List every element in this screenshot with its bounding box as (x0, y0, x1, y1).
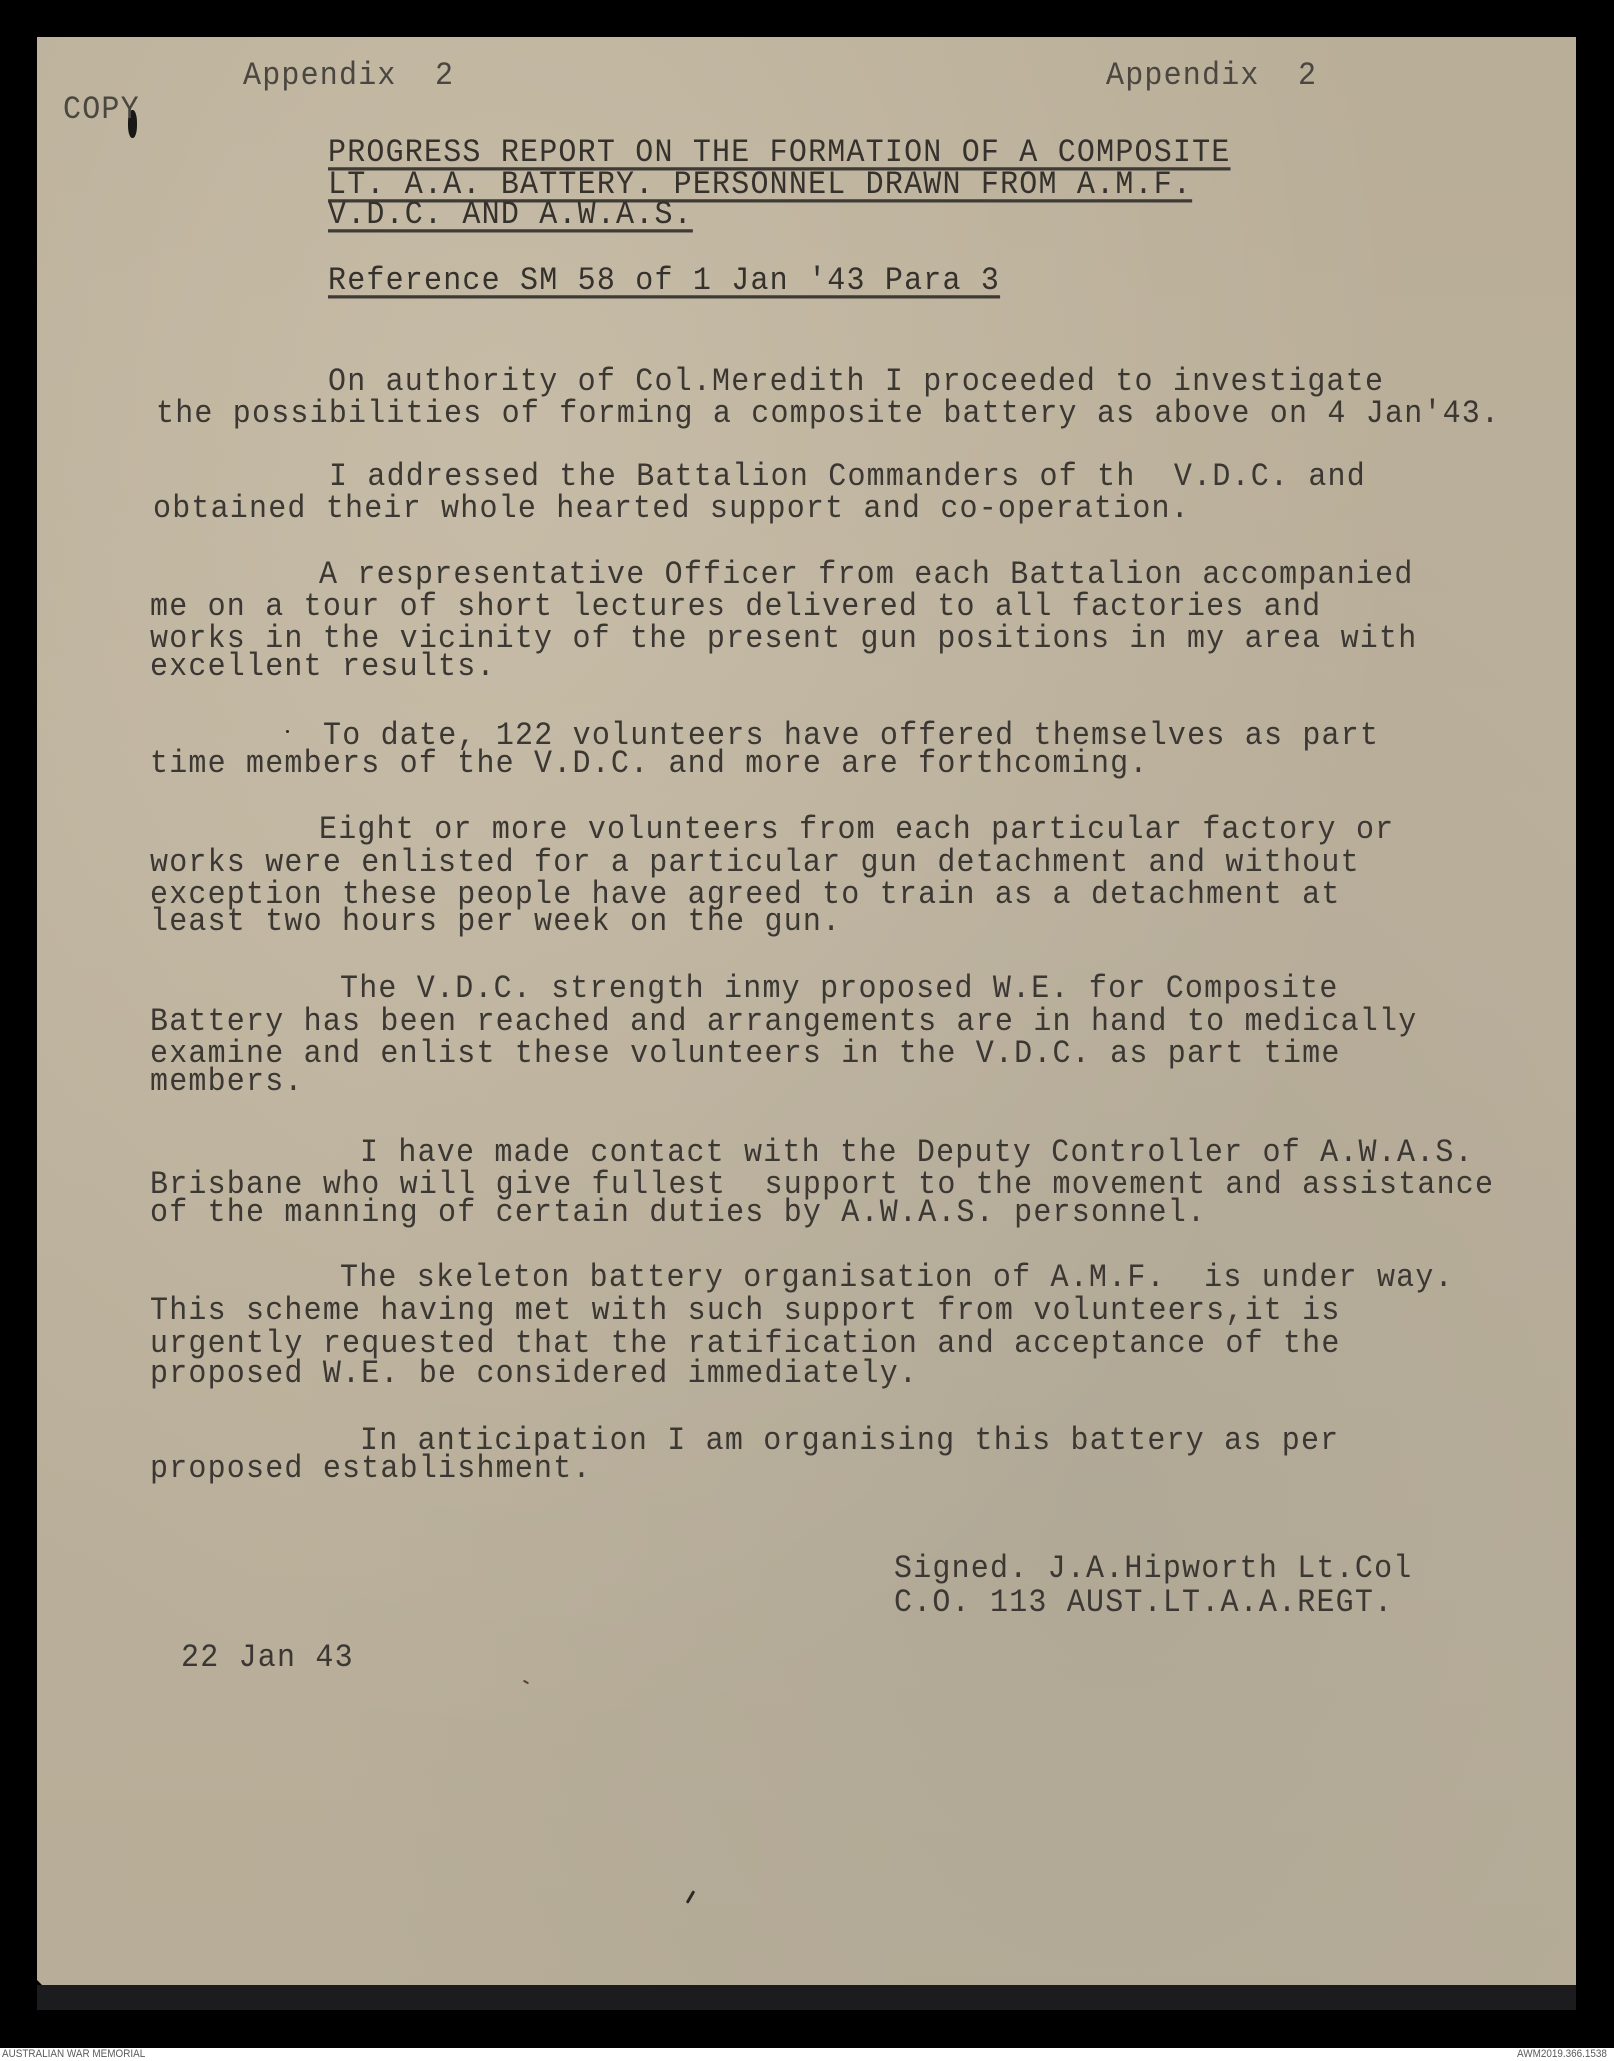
footer-accession-number: AWM2019.366.1538 (1517, 2048, 1607, 2061)
archive-footer: AUSTRALIAN WAR MEMORIAL AWM2019.366.1538 (0, 2048, 1614, 2061)
paragraph-7-line-1: I have made contact with the Deputy Cont… (360, 1137, 1474, 1169)
paragraph-8-line-4: proposed W.E. be considered immediately. (150, 1358, 918, 1390)
paragraph-6-line-1: The V.D.C. strength inmy proposed W.E. f… (340, 973, 1339, 1005)
paragraph-5-line-4: least two hours per week on the gun. (150, 906, 841, 938)
paragraph-9-line-2: proposed establishment. (150, 1453, 592, 1485)
paragraph-6-line-4: members. (150, 1066, 304, 1098)
title-line-1: PROGRESS REPORT ON THE FORMATION OF A CO… (328, 137, 1231, 169)
paragraph-1-line-2: the possibilities of forming a composite… (156, 398, 1500, 430)
paragraph-6-line-2: Battery has been reached and arrangement… (150, 1006, 1417, 1038)
paragraph-3-line-4: excellent results. (150, 651, 496, 683)
signature-name: Signed. J.A.Hipworth Lt.Col (894, 1553, 1412, 1585)
paragraph-1-line-1: On authority of Col.Meredith I proceeded… (328, 366, 1384, 398)
paragraph-2-line-2: obtained their whole hearted support and… (153, 493, 1190, 525)
paragraph-6-line-3: examine and enlist these volunteers in t… (150, 1038, 1341, 1070)
paragraph-8-line-2: This scheme having met with such support… (150, 1295, 1341, 1327)
signature-unit: C.O. 113 AUST.LT.A.A.REGT. (894, 1587, 1393, 1619)
paragraph-7-line-3: of the manning of certain duties by A.W.… (150, 1197, 1206, 1229)
paragraph-2-line-1: I addressed the Battalion Commanders of … (329, 461, 1366, 493)
paragraph-8-line-1: The skeleton battery organisation of A.M… (340, 1262, 1454, 1294)
page-shadow (37, 1985, 1576, 2010)
appendix-label-right: Appendix 2 (1106, 60, 1317, 92)
paragraph-4-line-2: time members of the V.D.C. and more are … (150, 748, 1149, 780)
paragraph-5-line-1: Eight or more volunteers from each parti… (319, 814, 1394, 846)
paragraph-3-line-2: me on a tour of short lectures delivered… (150, 591, 1321, 623)
appendix-label-left: Appendix 2 (243, 60, 454, 92)
reference-line: Reference SM 58 of 1 Jan '43 Para 3 (328, 265, 1000, 297)
stray-dot-mark (286, 730, 289, 733)
copy-label: COPY (63, 94, 140, 126)
document-date: 22 Jan 43 (181, 1642, 354, 1674)
paragraph-3-line-1: A respresentative Officer from each Batt… (319, 559, 1414, 591)
paragraph-5-line-2: works were enlisted for a particular gun… (150, 847, 1360, 879)
footer-institution: AUSTRALIAN WAR MEMORIAL (2, 2048, 145, 2061)
title-line-3: V.D.C. AND A.W.A.S. (328, 199, 693, 231)
